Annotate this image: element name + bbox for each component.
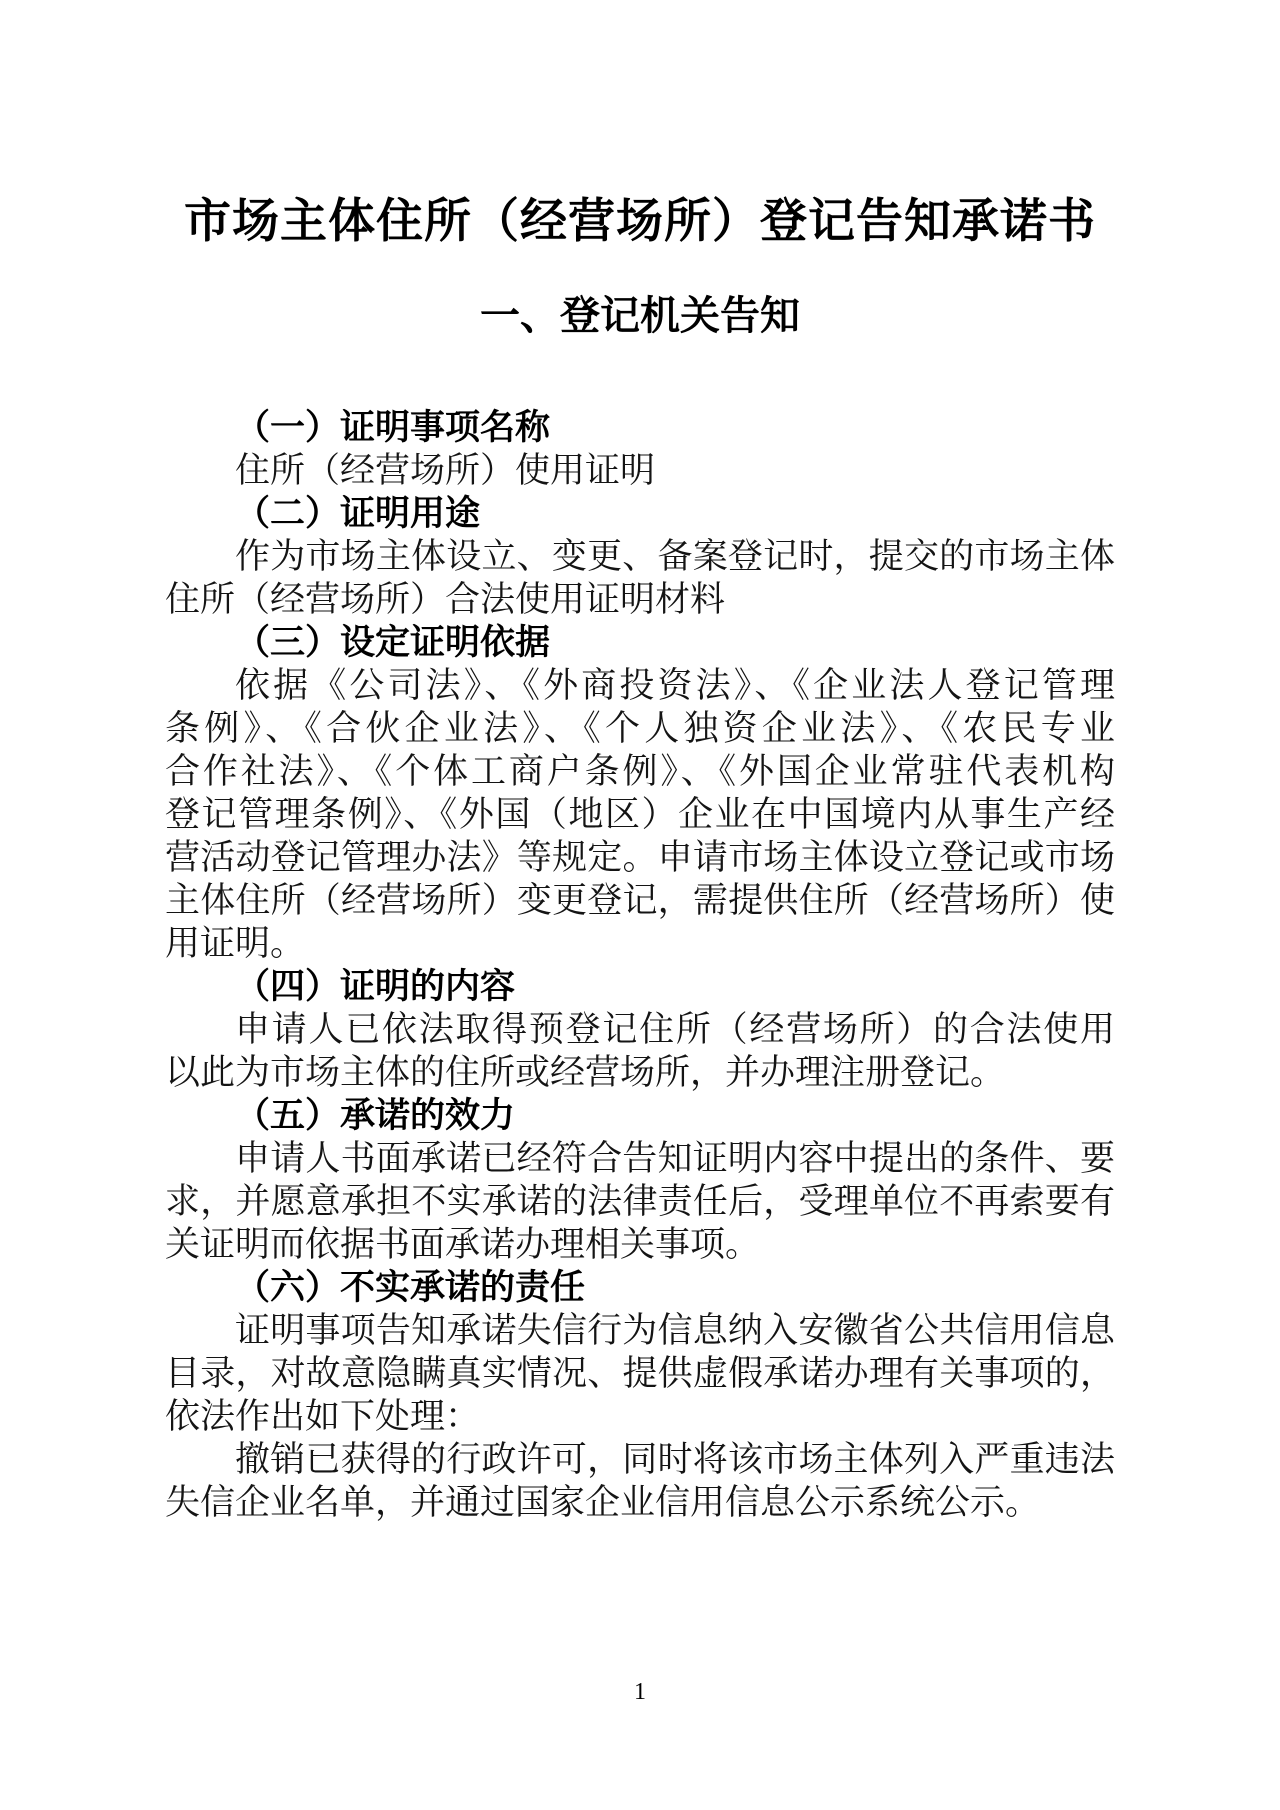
document-page: 市场主体住所（经营场所）登记告知承诺书 一、登记机关告知 （一）证明事项名称 住… [0,0,1280,1810]
body-line: 营活动登记管理办法》等规定。申请市场主体设立登记或市场 [165,836,1115,879]
section-heading-2: （二）证明用途 [165,492,1115,535]
body-line: 申请人已依法取得预登记住所（经营场所）的合法使用权， [165,1008,1115,1051]
body-line: 用证明。 [165,922,1115,965]
body-line: 求，并愿意承担不实承诺的法律责任后，受理单位不再索要有 [165,1180,1115,1223]
body-line: 撤销已获得的行政许可，同时将该市场主体列入严重违法 [165,1438,1115,1481]
body-line: 证明事项告知承诺失信行为信息纳入安徽省公共信用信息 [165,1309,1115,1352]
part-heading: 一、登记机关告知 [165,292,1115,340]
body-line: 合作社法》、《个体工商户条例》、《外国企业常驻代表机构 [165,750,1115,793]
document-content: 市场主体住所（经营场所）登记告知承诺书 一、登记机关告知 （一）证明事项名称 住… [165,192,1115,1524]
section-heading-5: （五）承诺的效力 [165,1094,1115,1137]
body-line: 关证明而依据书面承诺办理相关事项。 [165,1223,1115,1266]
body-line: 登记管理条例》、《外国（地区）企业在中国境内从事生产经 [165,793,1115,836]
section-heading-4: （四）证明的内容 [165,965,1115,1008]
section-heading-3: （三）设定证明依据 [165,621,1115,664]
document-title: 市场主体住所（经营场所）登记告知承诺书 [165,192,1115,250]
body-line: 作为市场主体设立、变更、备案登记时，提交的市场主体 [165,535,1115,578]
body-line: 住所（经营场所）合法使用证明材料 [165,578,1115,621]
body-line: 住所（经营场所）使用证明 [165,449,1115,492]
body-line: 失信企业名单，并通过国家企业信用信息公示系统公示。 [165,1481,1115,1524]
section-heading-1: （一）证明事项名称 [165,406,1115,449]
body-line: 申请人书面承诺已经符合告知证明内容中提出的条件、要 [165,1137,1115,1180]
page-number: 1 [0,1678,1280,1706]
body-line: 以此为市场主体的住所或经营场所，并办理注册登记。 [165,1051,1115,1094]
body-line: 主体住所（经营场所）变更登记，需提供住所（经营场所）使 [165,879,1115,922]
body-line: 依据《公司法》、《外商投资法》、《企业法人登记管理 [165,664,1115,707]
body-line: 依法作出如下处理： [165,1395,1115,1438]
body-line: 目录，对故意隐瞒真实情况、提供虚假承诺办理有关事项的， [165,1352,1115,1395]
document-body: （一）证明事项名称 住所（经营场所）使用证明 （二）证明用途 作为市场主体设立、… [165,406,1115,1524]
section-heading-6: （六）不实承诺的责任 [165,1266,1115,1309]
body-line: 条例》、《合伙企业法》、《个人独资企业法》、《农民专业 [165,707,1115,750]
